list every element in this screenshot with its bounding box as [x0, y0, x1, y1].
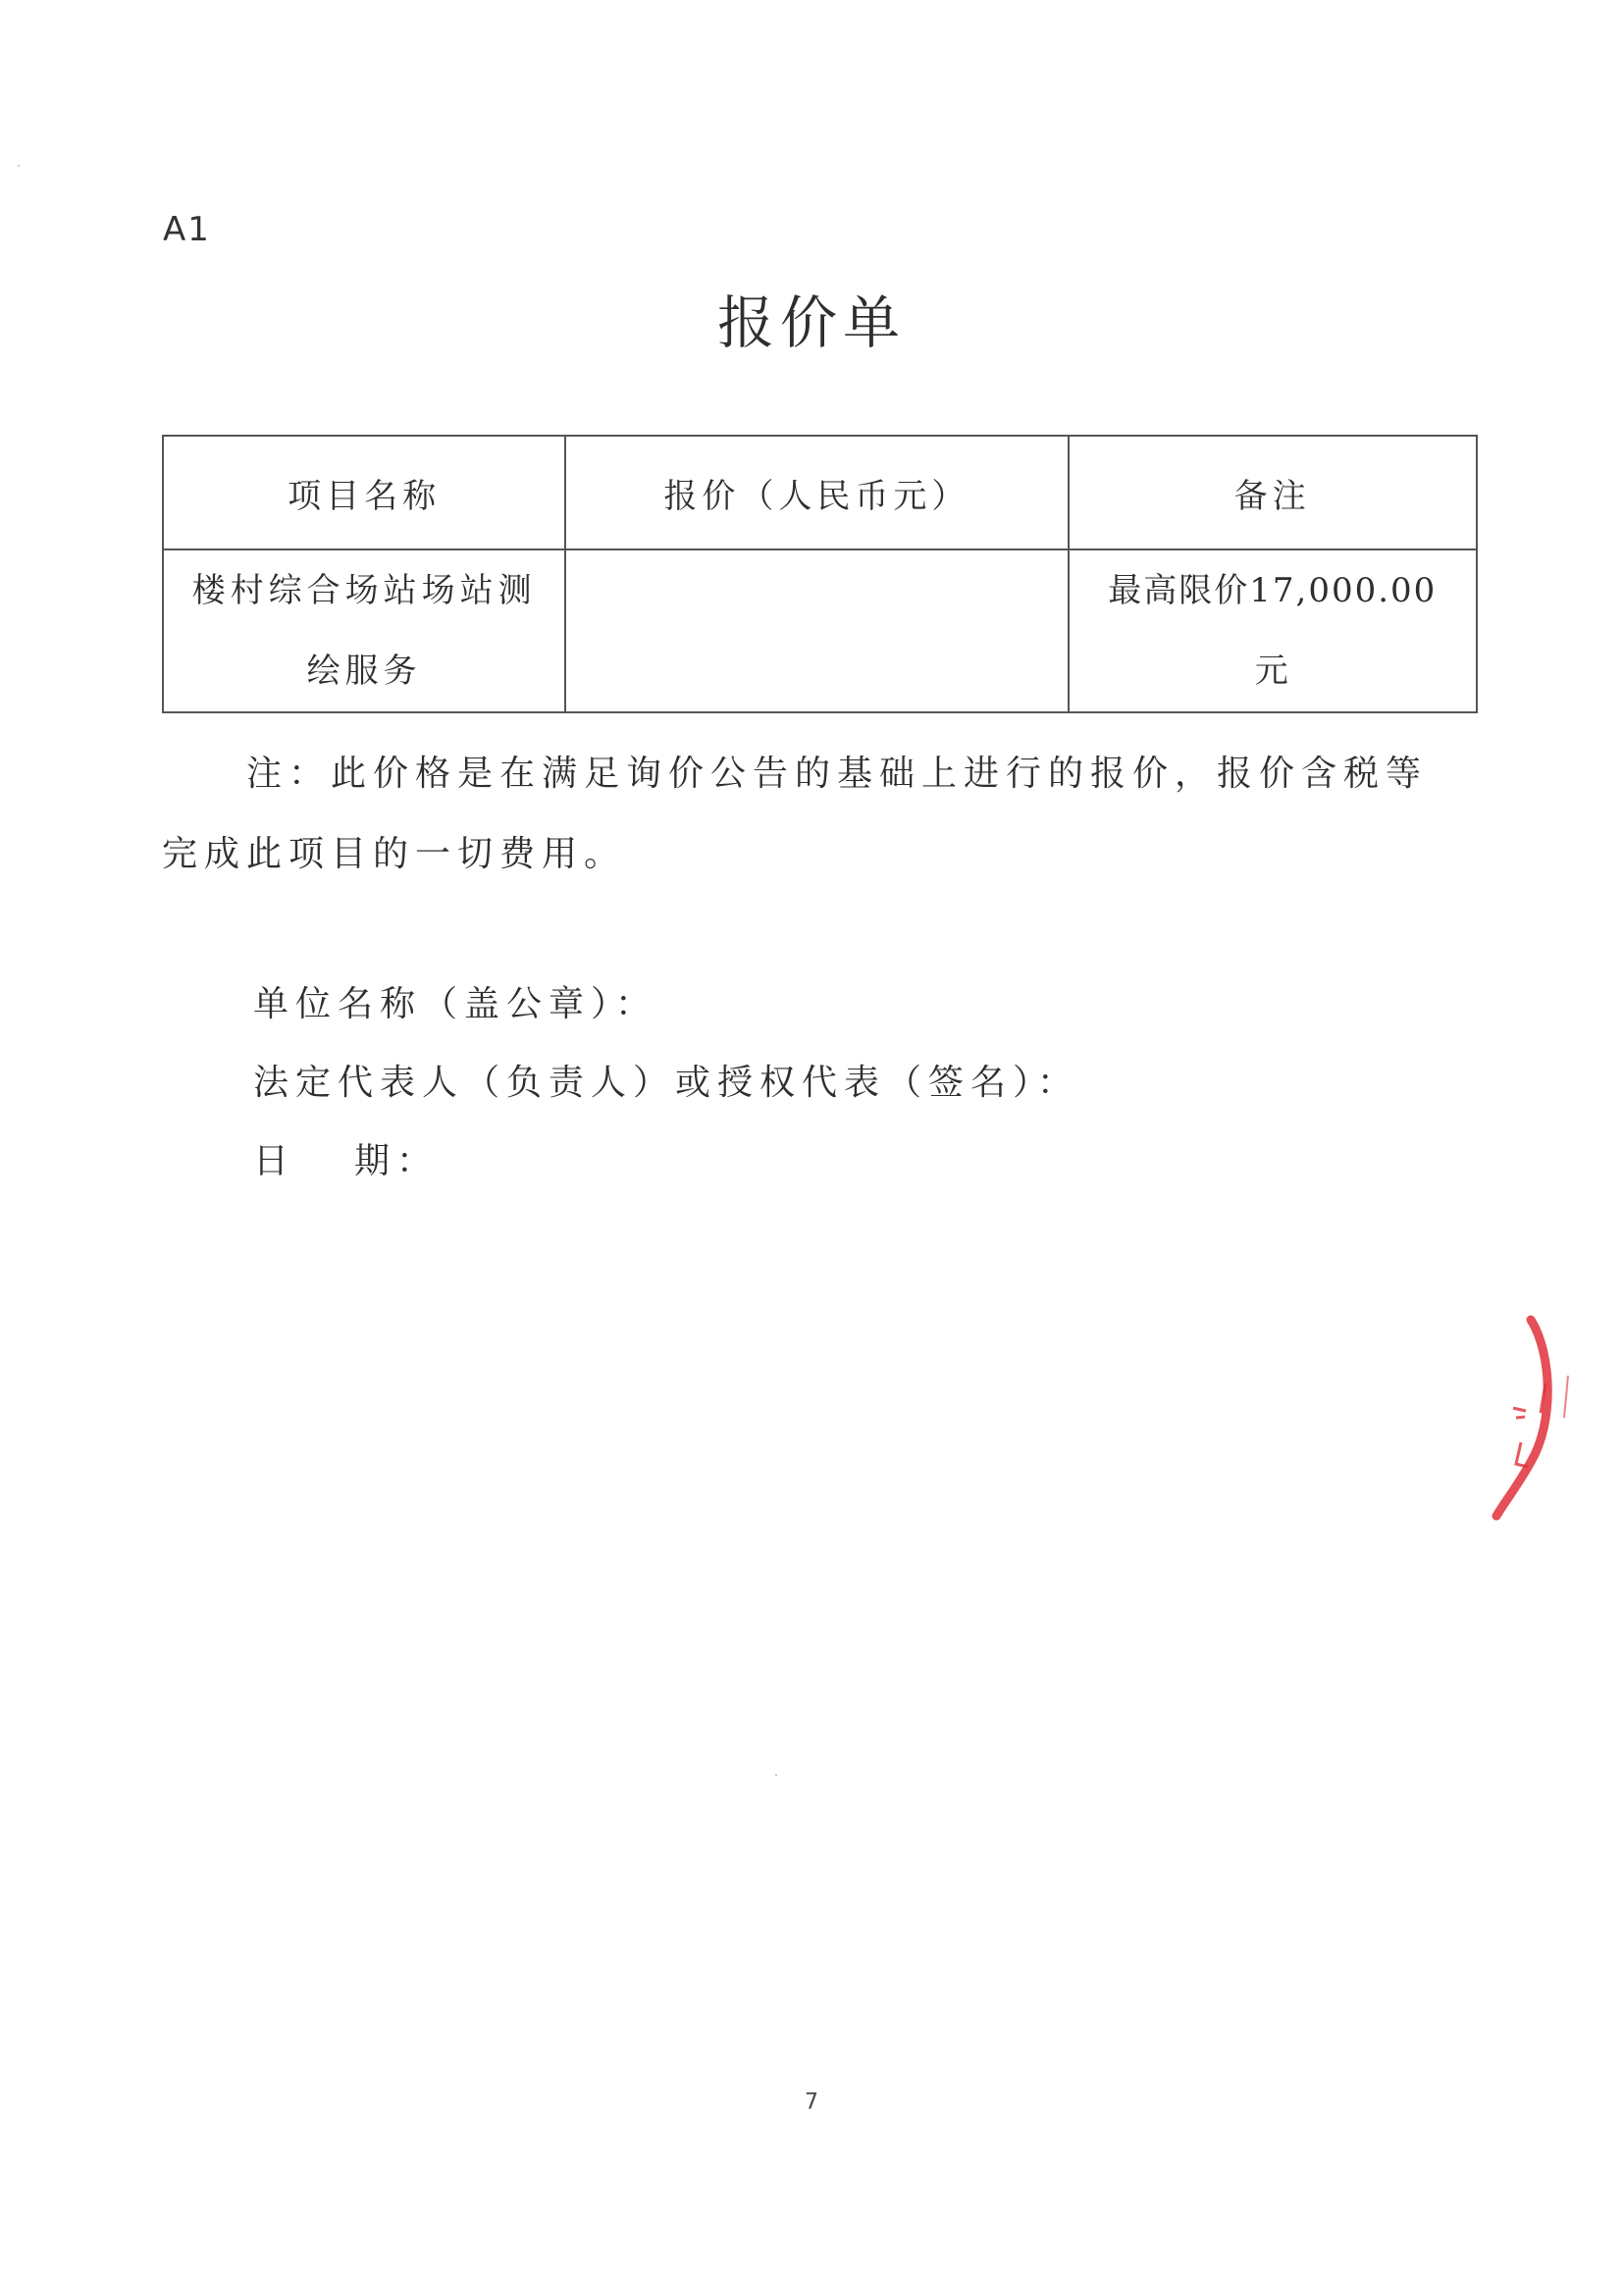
- date-label-part-2: 期：: [354, 1141, 439, 1181]
- document-title: 报价单: [0, 277, 1623, 359]
- page-number: 7: [0, 2090, 1623, 2114]
- seal-stamp-icon: [1492, 1315, 1599, 1521]
- unit-name-label: 单位名称（盖公章）：: [253, 976, 657, 1026]
- cell-project-name: 楼村综合场站场站测 绘服务: [163, 549, 565, 712]
- project-name-line-1: 楼村综合场站场站测: [178, 550, 550, 631]
- table-header-row: 项目名称 报价（人民币元） 备注: [163, 436, 1477, 549]
- quote-table: 项目名称 报价（人民币元） 备注 楼村综合场站场站测 绘服务 最高限价17,00…: [162, 435, 1478, 713]
- project-name-line-2: 绘服务: [178, 631, 550, 711]
- header-project-name: 项目名称: [163, 436, 565, 549]
- date-label-part-1: 日: [253, 1141, 295, 1181]
- document-label: A1: [163, 210, 211, 249]
- representative-label: 法定代表人（负责人）或授权代表（签名）：: [253, 1055, 1079, 1105]
- note-paragraph: 注：此价格是在满足询价公告的基础上进行的报价，报价含税等完成此项目的一切费用。: [162, 734, 1467, 895]
- header-remark: 备注: [1069, 436, 1477, 549]
- header-quote: 报价（人民币元）: [565, 436, 1068, 549]
- table-row: 楼村综合场站场站测 绘服务 最高限价17,000.00 元: [163, 549, 1477, 712]
- remark-line-1: 最高限价17,000.00: [1083, 550, 1462, 631]
- cell-remark: 最高限价17,000.00 元: [1069, 549, 1477, 712]
- remark-line-2: 元: [1083, 631, 1462, 711]
- date-label: 日期：: [253, 1133, 439, 1183]
- cell-quote[interactable]: [565, 549, 1068, 712]
